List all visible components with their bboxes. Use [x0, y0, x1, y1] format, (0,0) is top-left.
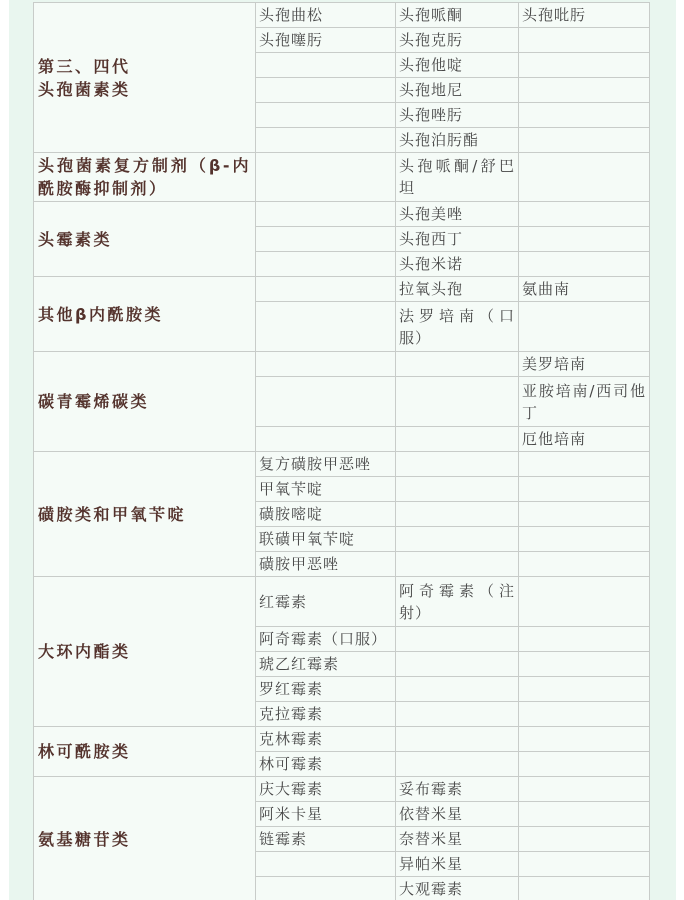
drug-cell [519, 777, 650, 802]
drug-cell: 罗红霉素 [256, 677, 396, 702]
drug-cell [256, 103, 396, 128]
drug-cell [256, 252, 396, 277]
drug-cell: 头孢米诺 [396, 252, 519, 277]
drug-cell: 头孢噻肟 [256, 28, 396, 53]
drug-cell: 法罗培南（口服） [396, 302, 519, 352]
drug-cell [396, 502, 519, 527]
drug-cell [519, 802, 650, 827]
drug-cell [519, 527, 650, 552]
table-row: 头霉素类头孢美唑 [34, 202, 650, 227]
drug-cell [396, 377, 519, 427]
category-cell: 林可酰胺类 [34, 727, 256, 777]
drug-cell [519, 652, 650, 677]
drug-cell: 美罗培南 [519, 352, 650, 377]
drug-cell: 头孢地尼 [396, 78, 519, 103]
drug-cell [519, 577, 650, 627]
drug-cell: 氨曲南 [519, 277, 650, 302]
table-row: 林可酰胺类克林霉素 [34, 727, 650, 752]
drug-cell: 头孢他啶 [396, 53, 519, 78]
drug-cell [519, 252, 650, 277]
drug-cell [396, 552, 519, 577]
drug-cell [519, 702, 650, 727]
table-row: 第三、四代 头孢菌素类头孢曲松头孢哌酮头孢吡肟 [34, 3, 650, 28]
drug-cell: 链霉素 [256, 827, 396, 852]
drug-cell [519, 502, 650, 527]
drug-cell: 头孢西丁 [396, 227, 519, 252]
drug-cell [256, 352, 396, 377]
drug-cell: 奈替米星 [396, 827, 519, 852]
drug-cell [519, 302, 650, 352]
drug-cell: 亚胺培南/西司他丁 [519, 377, 650, 427]
drug-cell [396, 527, 519, 552]
drug-cell: 磺胺嘧啶 [256, 502, 396, 527]
table-row: 碳青霉烯碳类美罗培南 [34, 352, 650, 377]
drug-cell: 妥布霉素 [396, 777, 519, 802]
drug-cell: 阿奇霉素（注射） [396, 577, 519, 627]
drug-cell: 头孢吡肟 [519, 3, 650, 28]
drug-cell [396, 677, 519, 702]
drug-cell [519, 852, 650, 877]
drug-cell: 依替米星 [396, 802, 519, 827]
drug-cell: 甲氧苄啶 [256, 477, 396, 502]
drug-cell [256, 153, 396, 202]
table-row: 磺胺类和甲氧苄啶复方磺胺甲恶唑 [34, 452, 650, 477]
drug-cell [519, 552, 650, 577]
drug-cell [519, 877, 650, 900]
drug-cell: 联磺甲氧苄啶 [256, 527, 396, 552]
drug-cell: 头孢曲松 [256, 3, 396, 28]
drug-cell: 头孢美唑 [396, 202, 519, 227]
drug-cell [519, 78, 650, 103]
table-row: 大环内酯类红霉素阿奇霉素（注射） [34, 577, 650, 627]
drug-cell [519, 477, 650, 502]
drug-cell: 头孢泊肟酯 [396, 128, 519, 153]
drug-cell: 厄他培南 [519, 427, 650, 452]
drug-cell [256, 227, 396, 252]
drug-cell: 复方磺胺甲恶唑 [256, 452, 396, 477]
category-cell: 其他β内酰胺类 [34, 277, 256, 352]
drug-cell [256, 277, 396, 302]
drug-cell: 克林霉素 [256, 727, 396, 752]
drug-cell [256, 877, 396, 900]
drug-cell [519, 627, 650, 652]
drug-cell: 头孢哌酮/舒巴坦 [396, 153, 519, 202]
drug-cell [256, 53, 396, 78]
drug-cell: 头孢克肟 [396, 28, 519, 53]
drug-cell [519, 53, 650, 78]
drug-cell [396, 352, 519, 377]
drug-cell [519, 677, 650, 702]
drug-cell [519, 827, 650, 852]
drug-cell [256, 377, 396, 427]
drug-cell: 阿奇霉素（口服） [256, 627, 396, 652]
drug-cell: 红霉素 [256, 577, 396, 627]
drug-cell: 林可霉素 [256, 752, 396, 777]
drug-cell [396, 752, 519, 777]
drug-cell [396, 452, 519, 477]
antibiotics-table-body: 第三、四代 头孢菌素类头孢曲松头孢哌酮头孢吡肟头孢噻肟头孢克肟头孢他啶头孢地尼头… [34, 3, 650, 900]
drug-cell: 头孢哌酮 [396, 3, 519, 28]
category-cell: 氨基糖苷类 [34, 777, 256, 900]
drug-cell: 琥乙红霉素 [256, 652, 396, 677]
drug-cell [256, 852, 396, 877]
drug-cell: 庆大霉素 [256, 777, 396, 802]
drug-cell [396, 627, 519, 652]
drug-cell [519, 28, 650, 53]
table-row: 头孢菌素复方制剂（β-内酰胺酶抑制剂）头孢哌酮/舒巴坦 [34, 153, 650, 202]
drug-cell [256, 202, 396, 227]
drug-cell [396, 652, 519, 677]
table-row: 其他β内酰胺类拉氧头孢氨曲南 [34, 277, 650, 302]
table-row: 氨基糖苷类庆大霉素妥布霉素 [34, 777, 650, 802]
category-cell: 头孢菌素复方制剂（β-内酰胺酶抑制剂） [34, 153, 256, 202]
drug-cell [396, 727, 519, 752]
drug-cell: 大观霉素 [396, 877, 519, 900]
category-cell: 磺胺类和甲氧苄啶 [34, 452, 256, 577]
drug-cell: 克拉霉素 [256, 702, 396, 727]
drug-cell [519, 128, 650, 153]
drug-cell [396, 477, 519, 502]
drug-cell [396, 427, 519, 452]
drug-cell [519, 727, 650, 752]
drug-cell [256, 78, 396, 103]
drug-cell [519, 452, 650, 477]
category-cell: 第三、四代 头孢菌素类 [34, 3, 256, 153]
drug-cell [519, 752, 650, 777]
category-cell: 碳青霉烯碳类 [34, 352, 256, 452]
category-cell: 头霉素类 [34, 202, 256, 277]
drug-cell: 头孢唑肟 [396, 103, 519, 128]
drug-cell: 阿米卡星 [256, 802, 396, 827]
drug-cell [396, 702, 519, 727]
drug-cell [256, 427, 396, 452]
drug-cell: 磺胺甲恶唑 [256, 552, 396, 577]
drug-cell [519, 103, 650, 128]
category-cell: 大环内酯类 [34, 577, 256, 727]
drug-cell: 拉氧头孢 [396, 277, 519, 302]
drug-cell [256, 128, 396, 153]
drug-cell: 异帕米星 [396, 852, 519, 877]
page-content-area: 第三、四代 头孢菌素类头孢曲松头孢哌酮头孢吡肟头孢噻肟头孢克肟头孢他啶头孢地尼头… [9, 0, 676, 900]
drug-cell [519, 153, 650, 202]
antibiotics-table: 第三、四代 头孢菌素类头孢曲松头孢哌酮头孢吡肟头孢噻肟头孢克肟头孢他啶头孢地尼头… [33, 2, 650, 900]
drug-cell [256, 302, 396, 352]
drug-cell [519, 227, 650, 252]
drug-cell [519, 202, 650, 227]
